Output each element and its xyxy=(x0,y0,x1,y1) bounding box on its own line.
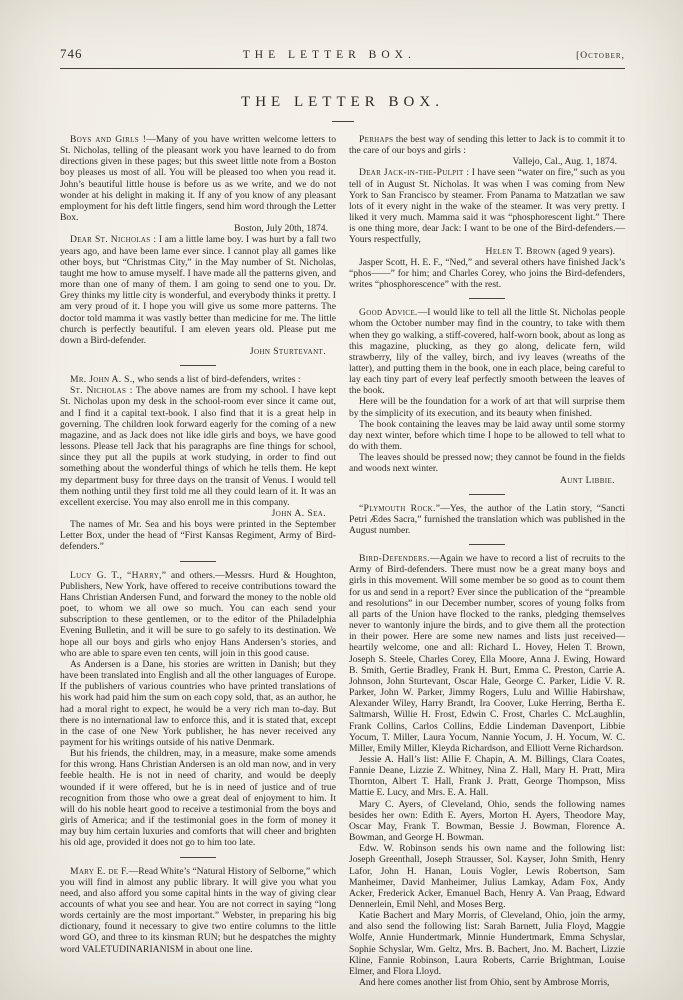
signature: Aunt Libbie. xyxy=(349,475,625,486)
paragraph-text: Boston, July 20th, 1874. xyxy=(234,223,328,234)
paragraph-text: Edw. W. Robinson sends his own name and … xyxy=(349,843,625,910)
signature: Helen T. Brown (aged 9 years). xyxy=(349,246,625,257)
paragraph: Mary C. Ayers, of Cleveland, Ohio, sends… xyxy=(349,799,625,844)
paragraph-text: —Read White’s “Natural History of Selbor… xyxy=(60,866,336,955)
signature-name: Helen T. Brown xyxy=(485,246,555,257)
paragraph: St. Nicholas : The above names are from … xyxy=(60,385,336,508)
paragraph: Good Advice.—I would like to tell all th… xyxy=(349,307,625,396)
left-column: Boys and Girls !—Many of you have writte… xyxy=(60,134,336,988)
signature-suffix: (aged 9 years). xyxy=(556,246,615,257)
paragraph: But his friends, the children, may, in a… xyxy=(60,748,336,848)
paragraph: As Andersen is a Dane, his stories are w… xyxy=(60,659,336,748)
paragraph-text: The leaves should be pressed now; they c… xyxy=(349,452,625,474)
paragraph-lead: Boys and Girls ! xyxy=(70,134,146,145)
issue-label: [October, xyxy=(576,51,625,61)
paragraph-lead: Good Advice. xyxy=(359,307,418,318)
paragraph: Mr. John A. S., who sends a list of bird… xyxy=(60,374,336,385)
paragraph-text: The names of Mr. Sea and his boys were p… xyxy=(60,519,336,552)
paragraph: The names of Mr. Sea and his boys were p… xyxy=(60,519,336,552)
text-columns: Boys and Girls !—Many of you have writte… xyxy=(60,134,625,988)
paragraph-text: I have seen “water on fire,” such as you… xyxy=(349,167,625,245)
paragraph: Lucy G. T., “Harry,” and others.—Messrs.… xyxy=(60,570,336,659)
signature: John Sturtevant. xyxy=(60,346,336,357)
paragraph-text: Jessie A. Hall’s list: Allie F. Chapin, … xyxy=(349,754,625,798)
paragraph-text: Vallejo, Cal., Aug. 1, 1874. xyxy=(513,156,617,167)
paragraph-lead: Mary E. de F. xyxy=(70,866,129,877)
section-divider xyxy=(469,494,505,495)
paragraph: Dear Jack-in-the-Pulpit : I have seen “w… xyxy=(349,167,625,245)
section-divider xyxy=(180,365,216,366)
header-rule xyxy=(60,68,625,69)
signature-name: John A. Sea. xyxy=(272,508,326,519)
paragraph: Jessie A. Hall’s list: Allie F. Chapin, … xyxy=(349,754,625,799)
paragraph-text: who sends a list of bird-defenders, writ… xyxy=(135,374,300,385)
paragraph-text: —Many of you have written welcome letter… xyxy=(60,134,336,223)
paragraph-text: The book containing the leaves may be la… xyxy=(349,419,625,452)
paragraph-lead: Lucy G. T., “Harry,” xyxy=(70,570,166,581)
paragraph: Katie Bachert and Mary Morris, of Clevel… xyxy=(349,910,625,977)
paragraph-lead: Perhaps xyxy=(359,134,393,145)
magazine-page: 746 THE LETTER BOX. [October, THE LETTER… xyxy=(0,0,683,1000)
paragraph-text: The above names are from my school. I ha… xyxy=(60,385,336,508)
paragraph: Boys and Girls !—Many of you have writte… xyxy=(60,134,336,223)
paragraph: The book containing the leaves may be la… xyxy=(349,419,625,452)
paragraph-text: Jasper Scott, H. E. F., “Ned,” and sever… xyxy=(349,257,625,290)
paragraph-text: I am a little lame boy. I was hurt by a … xyxy=(60,234,336,345)
paragraph-lead: Dear Jack-in-the-Pulpit : xyxy=(359,167,469,178)
signature-name: John Sturtevant. xyxy=(250,346,326,357)
paragraph-lead: Bird-Defenders. xyxy=(359,553,430,564)
signature-name: Aunt Libbie. xyxy=(560,475,615,486)
signature: John A. Sea. xyxy=(60,508,336,519)
page-number: 746 xyxy=(60,46,83,62)
paragraph: Mary E. de F.—Read White’s “Natural Hist… xyxy=(60,866,336,955)
paragraph-text: Here will be the foundation for a work o… xyxy=(349,396,625,418)
paragraph-lead: Mr. John A. S., xyxy=(70,374,135,385)
paragraph-text: Mary C. Ayers, of Cleveland, Ohio, sends… xyxy=(349,799,625,843)
running-title: THE LETTER BOX. xyxy=(243,49,416,61)
paragraph: Dear St. Nicholas : I am a little lame b… xyxy=(60,234,336,346)
section-divider xyxy=(180,857,216,858)
paragraph: The leaves should be pressed now; they c… xyxy=(349,452,625,474)
section-divider xyxy=(180,561,216,562)
dateline: Vallejo, Cal., Aug. 1, 1874. xyxy=(349,156,625,167)
paragraph: Bird-Defenders.—Again we have to record … xyxy=(349,553,625,754)
paragraph-text: But his friends, the children, may, in a… xyxy=(60,748,336,848)
paragraph: Here will be the foundation for a work o… xyxy=(349,396,625,418)
paragraph-lead: Dear St. Nicholas : xyxy=(70,234,156,245)
paragraph-text: and others.—Messrs. Hurd & Houghton, Pub… xyxy=(60,570,336,659)
section-title: THE LETTER BOX. xyxy=(60,94,625,111)
right-column: Perhaps the best way of sending this let… xyxy=(349,134,625,988)
paragraph-text: Katie Bachert and Mary Morris, of Clevel… xyxy=(349,910,625,977)
title-dash xyxy=(332,121,354,122)
paragraph-text: —I would like to tell all the little St.… xyxy=(349,307,625,396)
paragraph: Perhaps the best way of sending this let… xyxy=(349,134,625,156)
running-head: 746 THE LETTER BOX. [October, xyxy=(60,46,625,62)
section-divider xyxy=(469,298,505,299)
section-divider xyxy=(469,544,505,545)
paragraph-text: —Again we have to record a list of recru… xyxy=(349,553,625,754)
paragraph-text: And here comes another list from Ohio, s… xyxy=(359,977,609,988)
paragraph-lead: “Plymouth Rock.” xyxy=(359,503,440,514)
paragraph: Edw. W. Robinson sends his own name and … xyxy=(349,843,625,910)
paragraph-lead: St. Nicholas : xyxy=(70,385,133,396)
paragraph-text: As Andersen is a Dane, his stories are w… xyxy=(60,659,336,748)
paragraph: “Plymouth Rock.”—Yes, the author of the … xyxy=(349,503,625,536)
paragraph: And here comes another list from Ohio, s… xyxy=(349,977,625,988)
dateline: Boston, July 20th, 1874. xyxy=(60,223,336,234)
paragraph: Jasper Scott, H. E. F., “Ned,” and sever… xyxy=(349,257,625,290)
